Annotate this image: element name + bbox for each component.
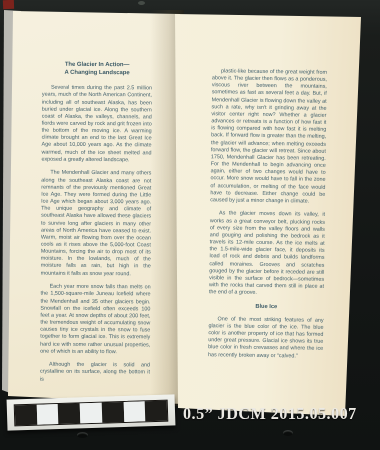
scale-segment-black — [102, 401, 124, 422]
paragraph: Although the glacier is solid and crysta… — [40, 362, 150, 384]
paragraph: Each year more snow falls than melts on … — [40, 284, 150, 356]
board-mark — [138, 1, 145, 5]
catalog-number-label: 0.5” JDCM 2015.05.007 — [183, 404, 357, 424]
scale-segment-black — [15, 404, 37, 425]
page-title: The Glacier In Action— A Changing Landsc… — [42, 62, 152, 78]
photographer-scale-bar — [7, 394, 176, 430]
scale-checker — [14, 399, 169, 426]
scale-segment-black — [145, 400, 167, 421]
red-sticker — [3, 0, 14, 9]
paragraph: Several times during the past 2.5 millio… — [41, 85, 152, 164]
scale-segment-black — [58, 403, 80, 424]
mounting-hole — [77, 432, 88, 438]
paragraph: plastic-like because of the great weight… — [210, 68, 327, 206]
right-page-text-column: plastic-like because of the great weight… — [208, 68, 327, 367]
scale-segment-white — [123, 401, 145, 422]
paragraph: One of the most striking features of any… — [208, 316, 324, 361]
catalog-photo: The Glacier In Action— A Changing Landsc… — [0, 0, 380, 450]
page-title-line-2: A Changing Landscape — [42, 69, 152, 77]
scale-segment-white — [80, 402, 102, 423]
left-page-text-column: The Glacier In Action— A Changing Landsc… — [40, 62, 152, 391]
section-heading-blue-ice: Blue Ice — [209, 303, 324, 311]
paragraph: The Mendenhall Glacier and many others a… — [41, 170, 152, 278]
scale-segment-white — [36, 404, 58, 425]
paragraph: As the glacier moves down its valley, it… — [209, 211, 325, 298]
mounting-hole — [283, 430, 293, 436]
